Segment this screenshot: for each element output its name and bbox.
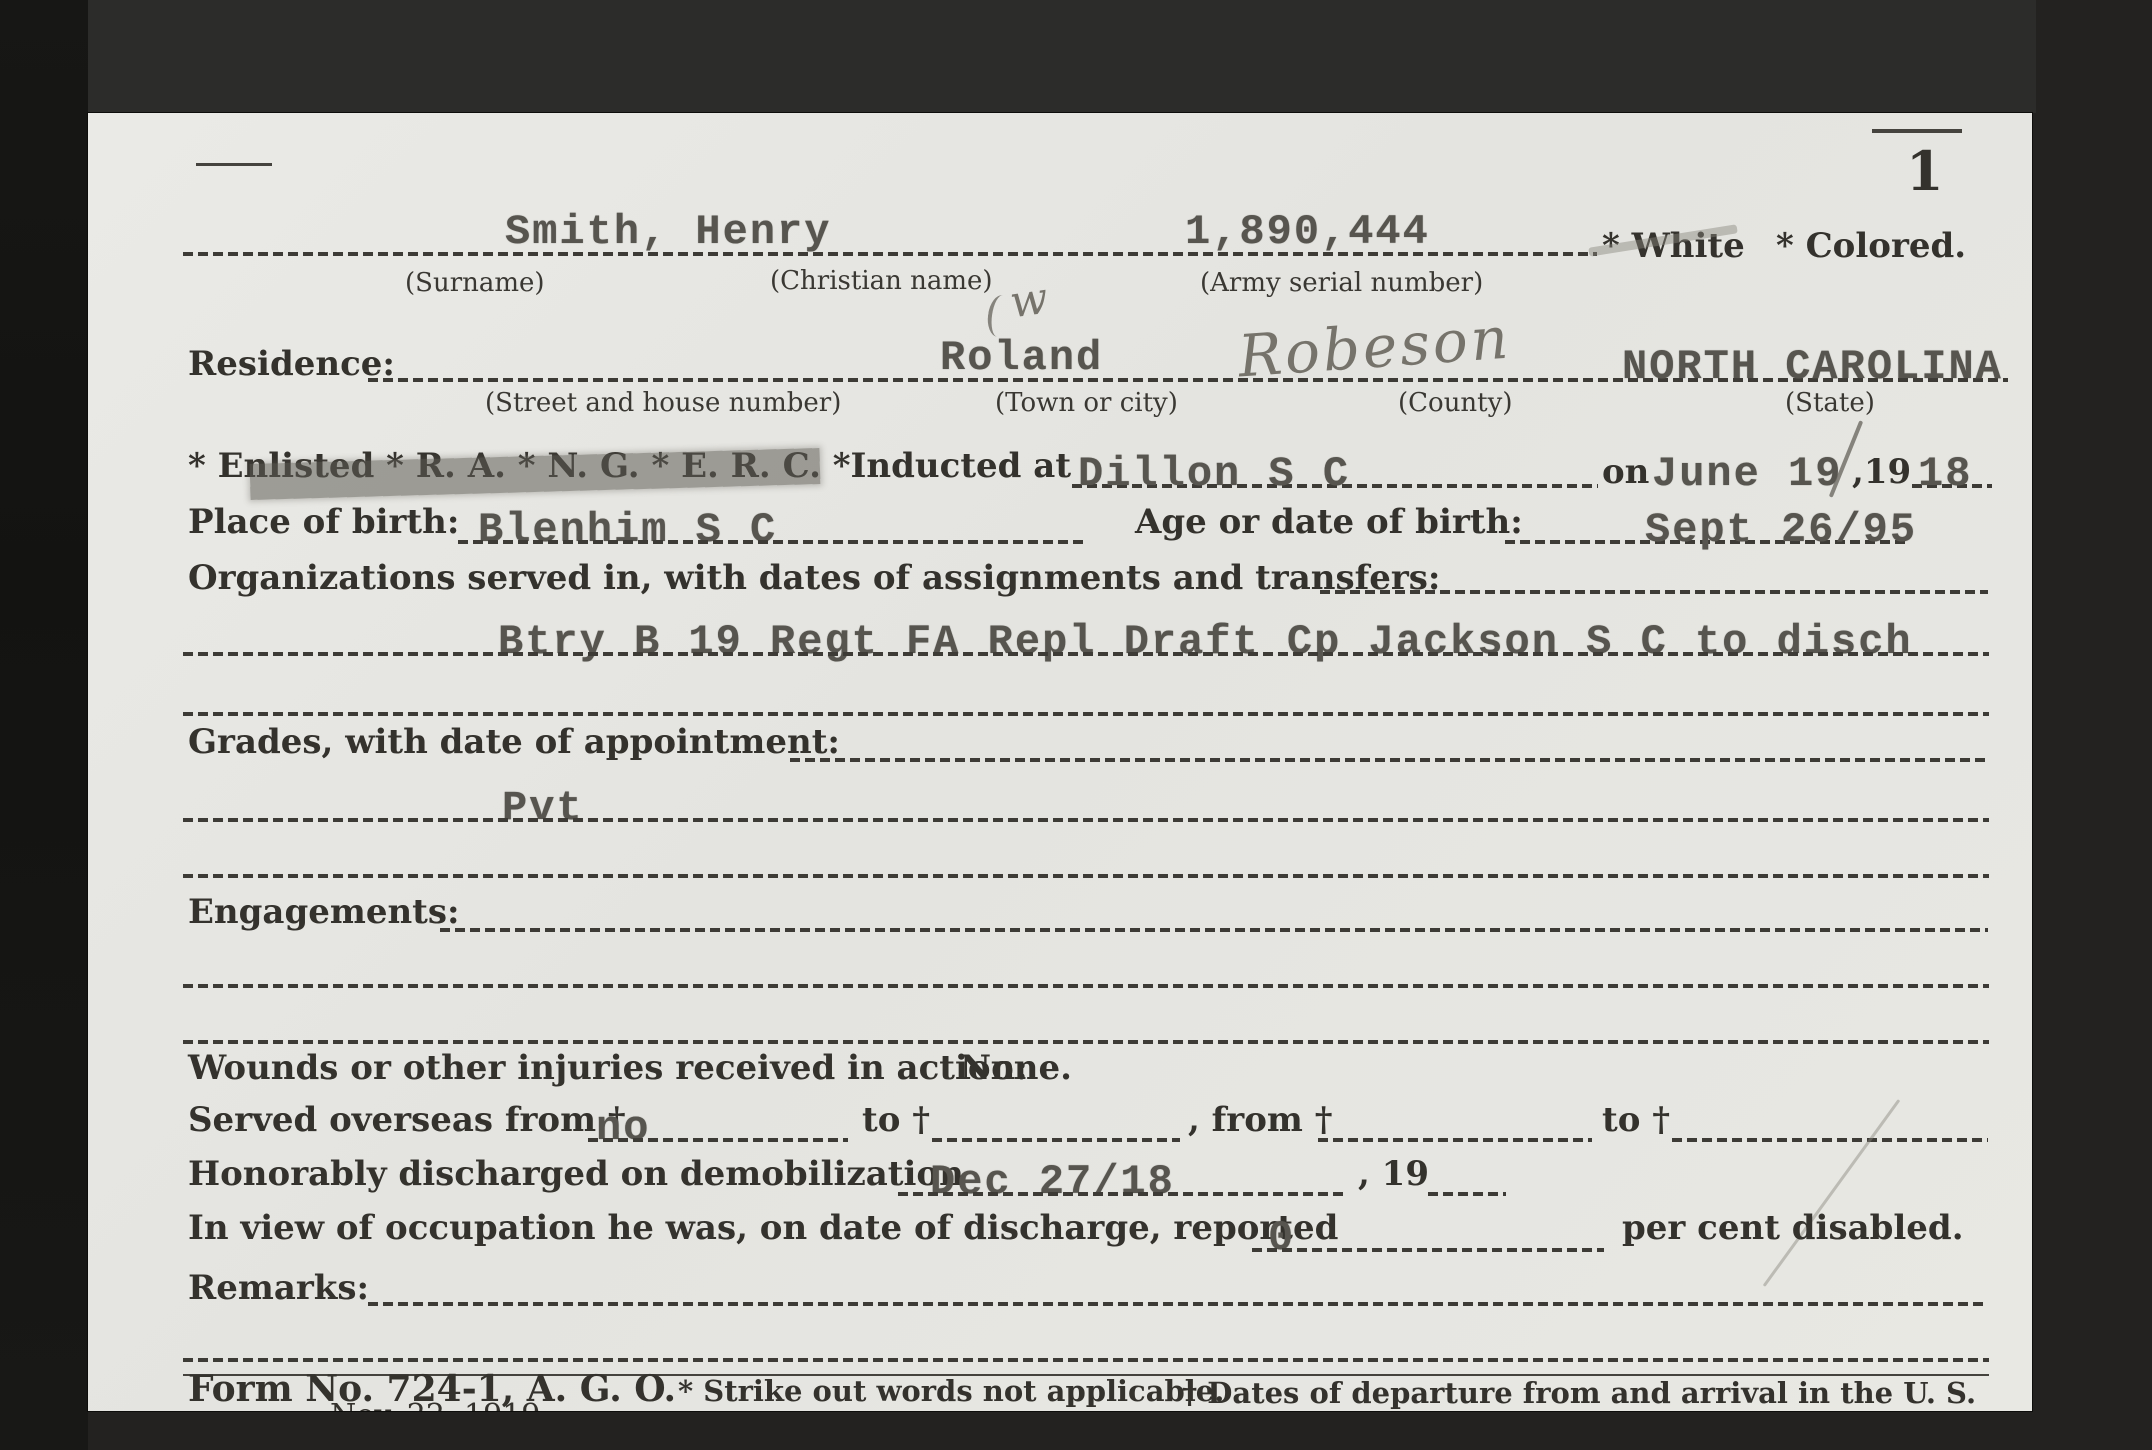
street-label: (Street and house number) — [485, 388, 841, 418]
discharge-label: Honorably discharged on demobilization — [188, 1154, 964, 1194]
dashed-line — [440, 928, 1988, 932]
grades-value: Pvt — [502, 784, 584, 832]
overseas-from2-label: , from † — [1188, 1100, 1332, 1140]
dashed-line — [183, 652, 1989, 656]
dashed-line — [183, 818, 1989, 822]
state-label: (State) — [1785, 388, 1875, 418]
overseas-from-value: no — [596, 1104, 650, 1152]
scan-background-top — [88, 0, 2036, 113]
birth-place-value: Blenhim S C — [478, 506, 777, 554]
serial-value: 1,890,444 — [1185, 208, 1430, 256]
overseas-to1-label: to † — [862, 1100, 930, 1140]
strike-note: * Strike out words not applicable. — [678, 1374, 1224, 1408]
dashed-line — [183, 984, 1989, 988]
disability-label: In view of occupation he was, on date of… — [188, 1208, 1338, 1248]
dashed-line — [790, 758, 1988, 762]
surname-label: (Surname) — [405, 268, 545, 298]
dashed-line — [183, 1358, 1989, 1362]
dashed-line — [588, 1138, 848, 1142]
dashed-line — [183, 1040, 1989, 1044]
dashed-line — [1428, 1192, 1506, 1196]
christian-name-label: (Christian name) — [770, 266, 993, 296]
pencil-scratch-mark — [1763, 1099, 1901, 1287]
page-number-overline — [1872, 129, 1962, 133]
service-record-card: 1 Smith, Henry 1,890,444 * White * Color… — [88, 113, 2032, 1411]
dashed-line — [1672, 1138, 1988, 1142]
organizations-label: Organizations served in, with dates of a… — [188, 558, 1440, 598]
remarks-label: Remarks: — [188, 1268, 369, 1308]
grades-label: Grades, with date of appointment: — [188, 722, 840, 762]
on-label: on — [1602, 452, 1649, 492]
race-option-colored: * Colored. — [1776, 226, 1966, 266]
residence-label: Residence: — [188, 344, 395, 384]
residence-town-value: Roland — [940, 334, 1103, 382]
disability-suffix-label: per cent disabled. — [1622, 1208, 1964, 1248]
dashed-line — [898, 1192, 1348, 1196]
serial-number-label: (Army serial number) — [1200, 268, 1483, 298]
overseas-to2-label: to † — [1602, 1100, 1670, 1140]
residence-state-value: NORTH CAROLINA — [1622, 343, 2003, 391]
dashed-line — [1252, 1248, 1604, 1252]
dagger-note: † Dates of departure from and arrival in… — [1182, 1376, 1976, 1410]
dashed-line — [183, 712, 1989, 716]
disability-value: 0 — [1268, 1214, 1295, 1262]
dashed-line — [1318, 1138, 1592, 1142]
enlistment-year-value: 18 — [1918, 450, 1972, 498]
top-left-mark — [196, 163, 272, 166]
residence-town-insert: w — [1007, 273, 1051, 329]
birth-place-label: Place of birth: — [188, 502, 459, 542]
engagements-label: Engagements: — [188, 892, 460, 932]
discharge-date-value: Dec 27/18 — [930, 1158, 1175, 1206]
dashed-line — [368, 1302, 1988, 1306]
form-date: Nov. 22, 1919 — [330, 1398, 540, 1411]
year-printed: ,19 — [1852, 452, 1911, 492]
discharge-year-printed: , 19 — [1358, 1154, 1429, 1194]
dashed-line — [183, 874, 1989, 878]
age-label: Age or date of birth: — [1135, 502, 1523, 542]
overseas-from-label: Served overseas from † — [188, 1100, 626, 1140]
inducted-place-value: Dillon S C — [1078, 450, 1350, 498]
dashed-line — [1320, 590, 1988, 594]
town-label: (Town or city) — [995, 388, 1178, 418]
page-number: 1 — [1906, 139, 1944, 203]
scanned-service-card-page: 1 Smith, Henry 1,890,444 * White * Color… — [0, 0, 2152, 1450]
enlistment-date-value: June 19 — [1652, 450, 1842, 498]
age-value: Sept 26/95 — [1645, 506, 1917, 554]
wounds-label: Wounds or other injuries received in act… — [188, 1048, 1028, 1088]
organizations-value: Btry B 19 Regt FA Repl Draft Cp Jackson … — [498, 618, 1913, 666]
wounds-value: None. — [960, 1048, 1072, 1088]
scan-background-left — [0, 0, 88, 1450]
name-value: Smith, Henry — [505, 208, 831, 256]
dashed-line — [458, 540, 1088, 544]
county-label: (County) — [1398, 388, 1512, 418]
dashed-line — [932, 1138, 1180, 1142]
dashed-line — [183, 252, 1597, 256]
